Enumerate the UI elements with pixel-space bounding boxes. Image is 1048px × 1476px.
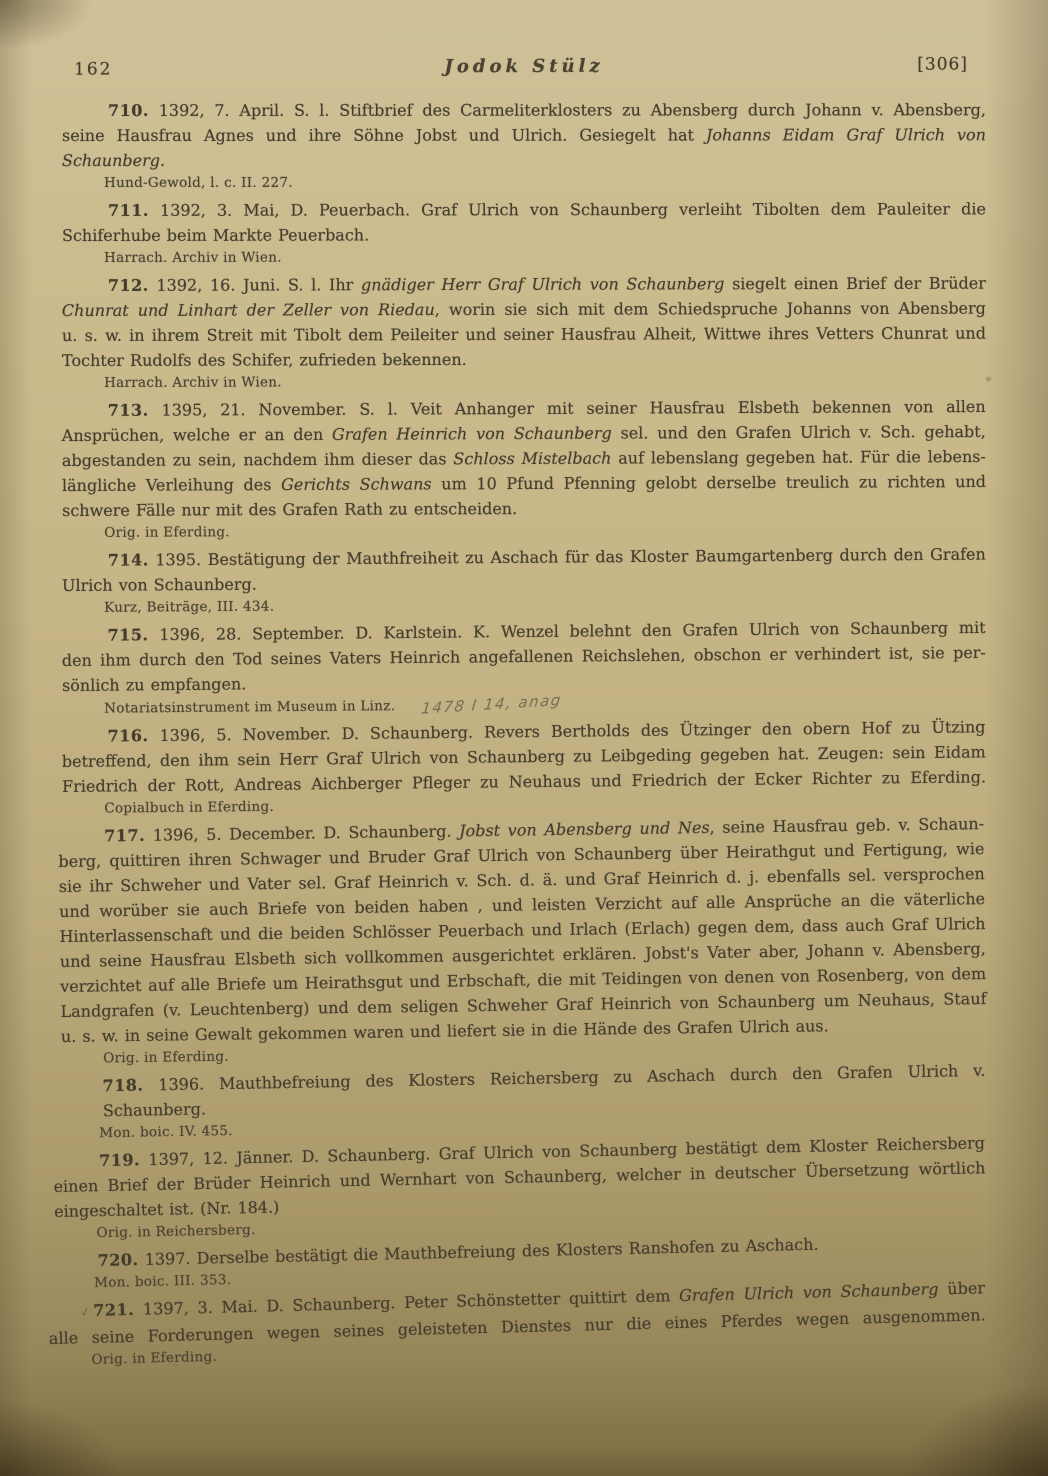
page-header: 162 Jodok Stülz [306]	[62, 54, 986, 81]
citation-text: Hund-Gewold, l. c. II. 227.	[104, 175, 293, 191]
entry-text-line: Schaunberg.	[62, 147, 986, 173]
entry-711: 711. 1392, 3. Mai, D. Peuerbach. Graf Ul…	[62, 196, 986, 268]
citation-text: Mon. boic. IV. 455.	[99, 1123, 233, 1141]
ink-speck	[173, 1364, 177, 1367]
citation-text: Kurz, Beiträge, III. 434.	[104, 599, 274, 616]
entry-710: 710. 1392, 7. April. S. l. Stiftbrief de…	[62, 97, 986, 193]
entry-713: 713. 1395, 21. November. S. l. Veit Anha…	[62, 394, 987, 543]
citation-text: Harrach. Archiv in Wien.	[104, 374, 282, 390]
citation-text: Orig. in Eferding.	[103, 1049, 229, 1067]
entry-712: 712. 1392, 16. Juni. S. l. Ihr gnädiger …	[62, 271, 986, 393]
entry-text-line: 710. 1392, 7. April. S. l. Stiftbrief de…	[62, 97, 986, 123]
pencil-checkmark: ✓	[77, 1299, 93, 1326]
source-citation: Hund-Gewold, l. c. II. 227.	[104, 173, 986, 193]
entry-719: 719. 1397, 12. Jänner. D. Schaunberg. Gr…	[53, 1130, 987, 1244]
citation-text: Orig. in Reichersberg.	[96, 1222, 255, 1241]
handwritten-pencil-note: 1478 I 14, anag	[420, 691, 563, 719]
entry-text-line: längliche Verleihung des Gerichts Schwan…	[62, 469, 986, 498]
citation-text: Orig. in Eferding.	[104, 524, 230, 541]
source-citation: Orig. in Eferding.	[104, 520, 986, 543]
ink-speck	[986, 377, 991, 381]
citation-text: Notariatsinstrument im Museum in Linz.	[104, 698, 395, 717]
source-citation: Harrach. Archiv in Wien.	[104, 247, 986, 268]
entry-text-line: schwere Fälle nur mit des Grafen Rath zu…	[62, 494, 986, 523]
scanned-book-page: 162 Jodok Stülz [306] 710. 1392, 7. Apri…	[0, 0, 1048, 1476]
source-citation: Harrach. Archiv in Wien.	[104, 372, 986, 393]
entry-717: 717. 1396, 5. December. D. Schaunberg. J…	[58, 811, 987, 1069]
citation-text: Copialbuch in Eferding.	[104, 799, 274, 817]
entry-text-line: u. s. w. in ihrem Streit mit Tibolt dem …	[62, 321, 986, 348]
entry-text-line: Tochter Rudolfs des Schifer, zufrieden b…	[62, 346, 986, 373]
regesta-entries: 710. 1392, 7. April. S. l. Stiftbrief de…	[62, 98, 986, 1371]
running-title: Jodok Stülz	[62, 54, 986, 78]
column-number: [306]	[917, 54, 968, 74]
citation-text: Orig. in Eferding.	[91, 1349, 217, 1368]
entry-text-line: Chunrat und Linhart der Zeller von Rieda…	[62, 296, 986, 323]
citation-text: Mon. boic. III. 353.	[94, 1272, 231, 1291]
entry-715: 715. 1396, 28. September. D. Karlstein. …	[61, 615, 986, 719]
entry-716: 716. 1396, 5. November. D. Schaunberg. R…	[61, 714, 986, 819]
entry-text-line: 711. 1392, 3. Mai, D. Peuerbach. Graf Ul…	[62, 196, 986, 223]
entry-text-line: 712. 1392, 16. Juni. S. l. Ihr gnädiger …	[62, 271, 986, 298]
citation-text: Harrach. Archiv in Wien.	[104, 250, 282, 266]
entry-718: 718. 1396. Mauthbefreiung des Klosters R…	[56, 1058, 986, 1144]
entry-714: 714. 1395. Bestätigung der Mauthfreiheit…	[62, 542, 986, 618]
entry-text-line: seine Hausfrau Agnes und ihre Söhne Jobs…	[62, 122, 986, 148]
entry-text-line: Schiferhube beim Markte Peuerbach.	[62, 221, 986, 248]
